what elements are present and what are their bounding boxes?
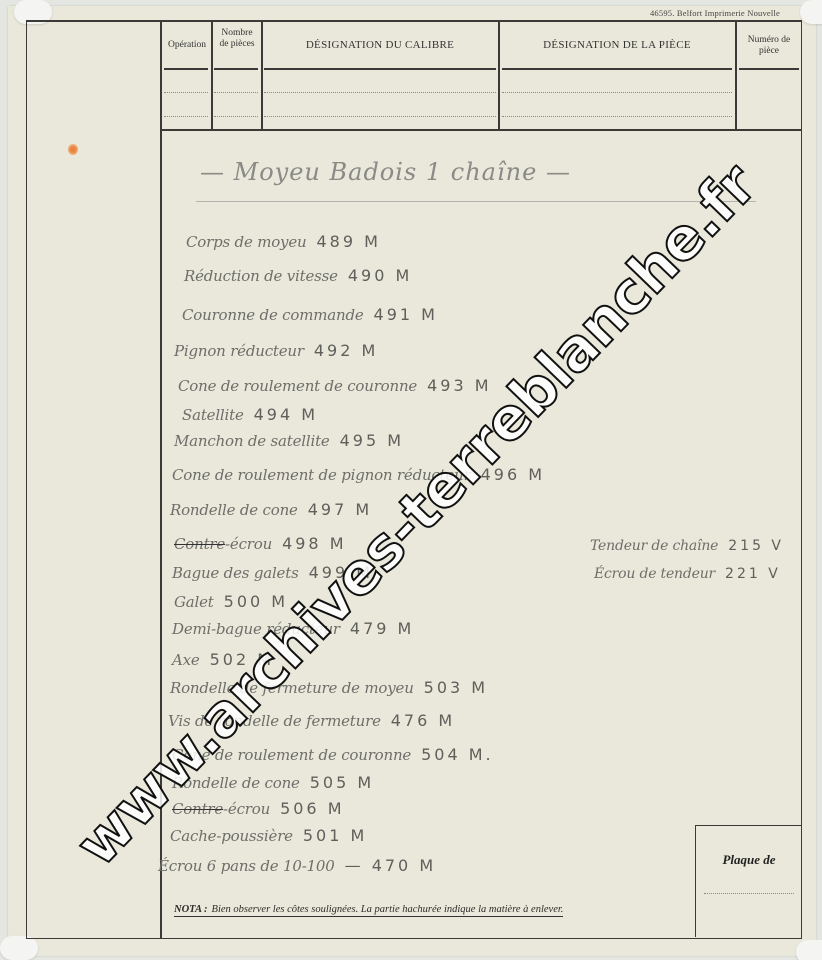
pin-top-right xyxy=(800,0,822,24)
list-item: Satellite494 M xyxy=(182,405,318,424)
pin-bottom-left xyxy=(0,936,38,960)
list-item: Manchon de satellite495 M xyxy=(174,431,404,450)
nota-line: NOTA :Bien observer les côtes soulignées… xyxy=(174,904,563,917)
col-designation-calibre: DÉSIGNATION DU CALIBRE xyxy=(264,39,496,51)
list-item: Pignon réducteur492 M xyxy=(174,341,378,360)
list-item: Contre-écrou498 M xyxy=(174,534,347,553)
side-item: Tendeur de chaîne215 V xyxy=(590,538,784,554)
col-designation-piece: DÉSIGNATION DE LA PIÈCE xyxy=(502,39,732,51)
list-item: Galet500 M xyxy=(174,592,288,611)
printer-imprint: 46595. Belfort Imprimerie Nouvelle xyxy=(650,8,780,18)
list-item: Cone de roulement de couronne493 M xyxy=(178,376,492,395)
nota-label: NOTA : xyxy=(174,904,208,915)
list-item: Rondelle de cone497 M xyxy=(170,500,372,519)
list-item: Réduction de vitesse490 M xyxy=(184,266,412,285)
plaque-dotted-line xyxy=(704,893,794,894)
list-item: Contre-écrou506 M xyxy=(172,799,345,818)
list-item: Corps de moyeu489 M xyxy=(186,232,381,251)
nota-text: Bien observer les côtes soulignées. La p… xyxy=(212,904,564,915)
list-item: Couronne de commande491 M xyxy=(182,305,438,324)
handwritten-title: — Moyeu Badois 1 chaîne — xyxy=(200,158,571,186)
col-operation: Opération xyxy=(162,40,212,51)
plaque-label: Plaque de xyxy=(696,852,802,868)
list-item: Écrou 6 pans de 10-100— 470 M xyxy=(158,856,436,875)
col-nombre-pieces: Nombre de pièces xyxy=(216,28,258,50)
col-numero-piece: Numéro de pièce xyxy=(740,35,798,57)
plaque-box: Plaque de xyxy=(695,825,802,937)
list-item: Cache-poussière501 M xyxy=(170,826,367,845)
pin-bottom-right xyxy=(796,940,822,960)
side-item: Écrou de tendeur221 V xyxy=(594,566,781,582)
header-table: Opération Nombre de pièces DÉSIGNATION D… xyxy=(160,20,802,131)
rust-stain xyxy=(68,144,78,155)
